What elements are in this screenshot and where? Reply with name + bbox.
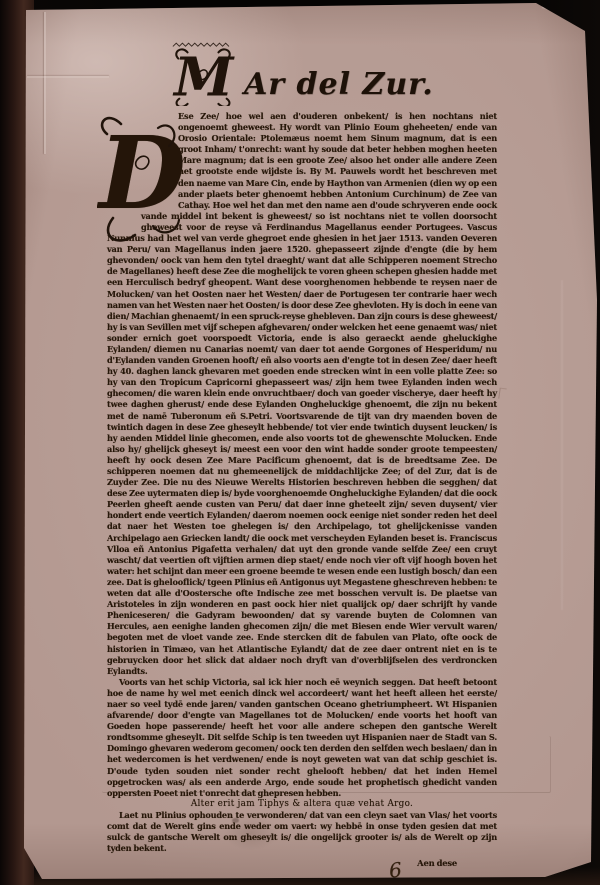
initial-m-glyph: M	[172, 46, 235, 106]
dropcap-spacer-1	[107, 111, 178, 204]
catchword: Aen dese	[417, 858, 457, 869]
show-through-impression	[102, 736, 551, 793]
ink-spot	[232, 818, 239, 823]
paragraph-2: Voorts van het schip Victoria, sal ick h…	[107, 677, 497, 799]
page-crease-horizontal	[27, 76, 109, 78]
dropcap-spacer-2	[107, 204, 141, 226]
handwritten-page-number: 6	[388, 865, 402, 877]
woodcut-initial-m: M	[168, 42, 238, 106]
paragraph-1-text: Ese Zee/ hoe wel aen d'ouderen onbekent/…	[107, 111, 497, 676]
body-text-block: D Ese Zee/ hoe wel aen d'ouderen onbeken…	[107, 111, 497, 885]
book-page: M Ar del Zur. D Ese Zee/ hoe wel aen d'o…	[0, 0, 600, 885]
latin-verse: Alter erit jam Tiphys & altera quæ vehat…	[107, 799, 497, 810]
calligraphic-initial-d: D	[97, 108, 191, 248]
chapter-heading: M Ar del Zur.	[168, 42, 434, 106]
page-wrinkle	[561, 280, 563, 610]
page-title: Ar del Zur.	[244, 67, 434, 102]
margin-mark	[498, 388, 506, 400]
paragraph-3: Laet nu Plinius ophouden te verwonderen/…	[107, 810, 497, 854]
page-crease-vertical	[44, 12, 46, 154]
paper-stain	[212, 808, 290, 858]
initial-d-glyph: D	[97, 114, 186, 232]
paragraph-1: D Ese Zee/ hoe wel aen d'ouderen onbeken…	[107, 111, 497, 677]
